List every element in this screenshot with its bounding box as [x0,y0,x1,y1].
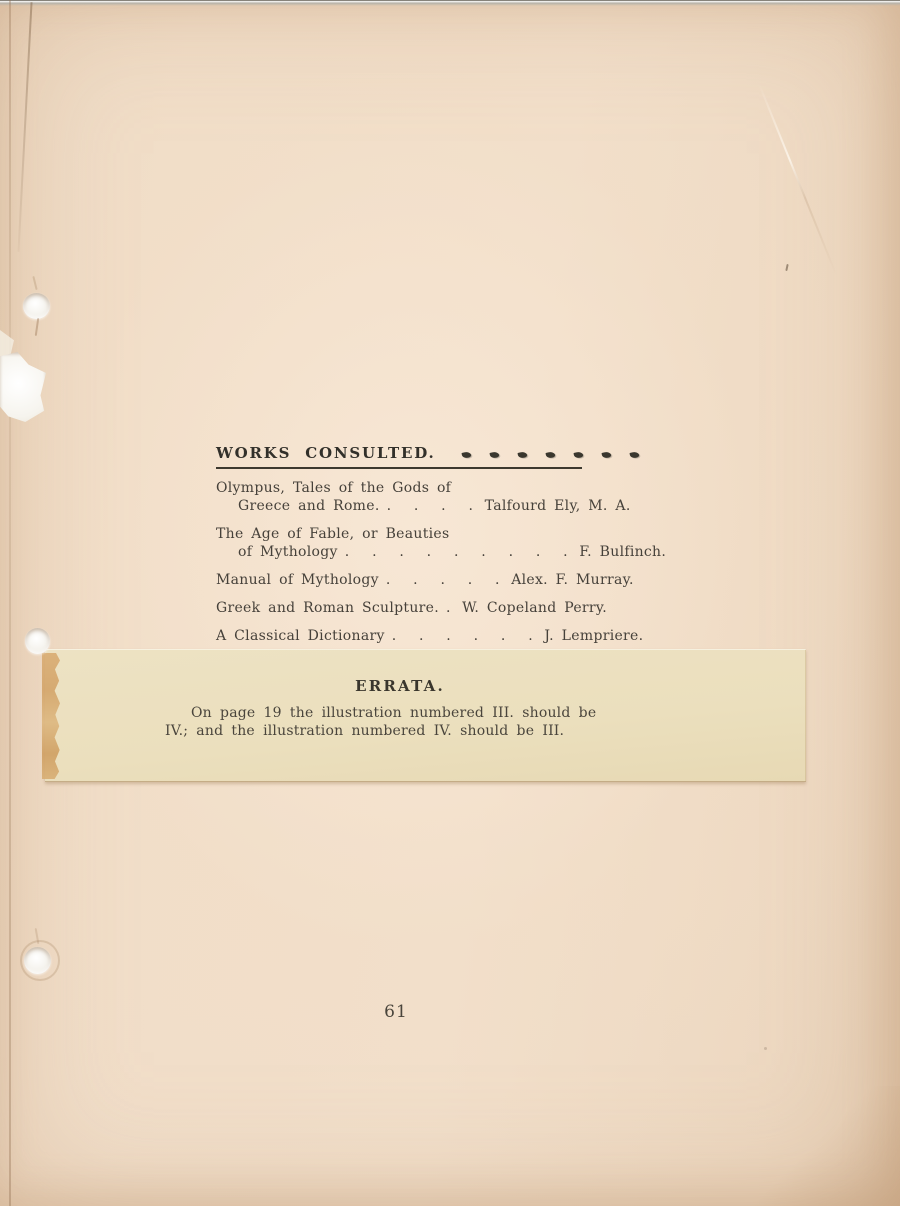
top-left-crease [17,2,32,252]
errata-title: ERRATA. [165,677,577,695]
hole-tear [32,276,37,290]
work-title-continuation: Greece and Rome. . . . . Talfourd Ely, M… [216,497,582,515]
work-title-text: Manual of Mythology [216,571,379,589]
leaf-ornament-icon [601,451,611,459]
dot-leader: . . . . [387,497,481,515]
work-entry: Manual of Mythology . . . . . Alex. F. M… [216,571,582,589]
work-title-text: of Mythology [238,543,338,561]
dot-leader: . . . . . [386,571,507,589]
leaf-ornament-icon [489,451,499,459]
scanned-page: WORKS CONSULTED. Olympus, Tales of the G… [0,0,900,1206]
ornament-row [462,452,639,458]
corner-shading [750,1086,900,1206]
work-title-line: Greek and Roman Sculpture. . W. Copeland… [216,599,582,617]
paper-speck [764,1047,767,1050]
errata-line: On page 19 the illustration numbered III… [165,705,583,723]
dot-leader: . . . . . . [392,627,541,645]
leaf-ornament-icon [629,451,639,459]
punch-hole [23,293,50,319]
scan-edge [0,0,900,6]
hole-tear [35,318,39,336]
work-title-line: Manual of Mythology . . . . . Alex. F. M… [216,571,582,589]
leaf-ornament-icon [461,451,471,459]
paper-tear [0,352,46,422]
work-author: Talfourd Ely, M. A. [485,497,631,515]
work-title-line: The Age of Fable, or Beauties [216,525,582,543]
section-title: WORKS CONSULTED. [216,444,436,462]
work-entry: Olympus, Tales of the Gods of Greece and… [216,479,582,515]
work-author: Alex. F. Murray. [511,571,634,589]
errata-line: IV.; and the illustration numbered IV. s… [165,723,583,741]
leaf-ornament-icon [573,451,583,459]
errata-text: On page 19 the illustration numbered III… [165,705,583,740]
page-number: 61 [330,1002,462,1022]
fold-crease [758,83,837,275]
section-heading-row: WORKS CONSULTED. [216,444,582,469]
dot-leader: . . . . . . . . . [345,543,576,561]
work-entry: A Classical Dictionary . . . . . . J. Le… [216,627,582,645]
punch-hole [24,947,51,974]
work-entry: Greek and Roman Sculpture. . W. Copeland… [216,599,582,617]
paper-speck [785,264,788,271]
left-crease [9,0,11,1206]
work-author: W. Copeland Perry. [462,599,607,617]
punch-hole [25,628,50,654]
glue-stain [42,653,60,779]
work-author: F. Bulfinch. [579,543,666,561]
work-title-line: A Classical Dictionary . . . . . . J. Le… [216,627,582,645]
leaf-ornament-icon [517,451,527,459]
work-author: J. Lempriere. [544,627,643,645]
work-title-text: Greece and Rome. [238,497,380,515]
work-entry: The Age of Fable, or Beauties of Mytholo… [216,525,582,561]
errata-slip: ERRATA. On page 19 the illustration numb… [45,649,806,782]
work-title-continuation: of Mythology . . . . . . . . . F. Bulfin… [216,543,582,561]
works-consulted-section: WORKS CONSULTED. Olympus, Tales of the G… [216,444,582,645]
work-title-text: A Classical Dictionary [216,627,385,645]
work-title-text: Greek and Roman Sculpture. [216,599,439,617]
dot-leader: . [446,599,458,617]
leaf-ornament-icon [545,451,555,459]
work-title-line: Olympus, Tales of the Gods of [216,479,582,497]
